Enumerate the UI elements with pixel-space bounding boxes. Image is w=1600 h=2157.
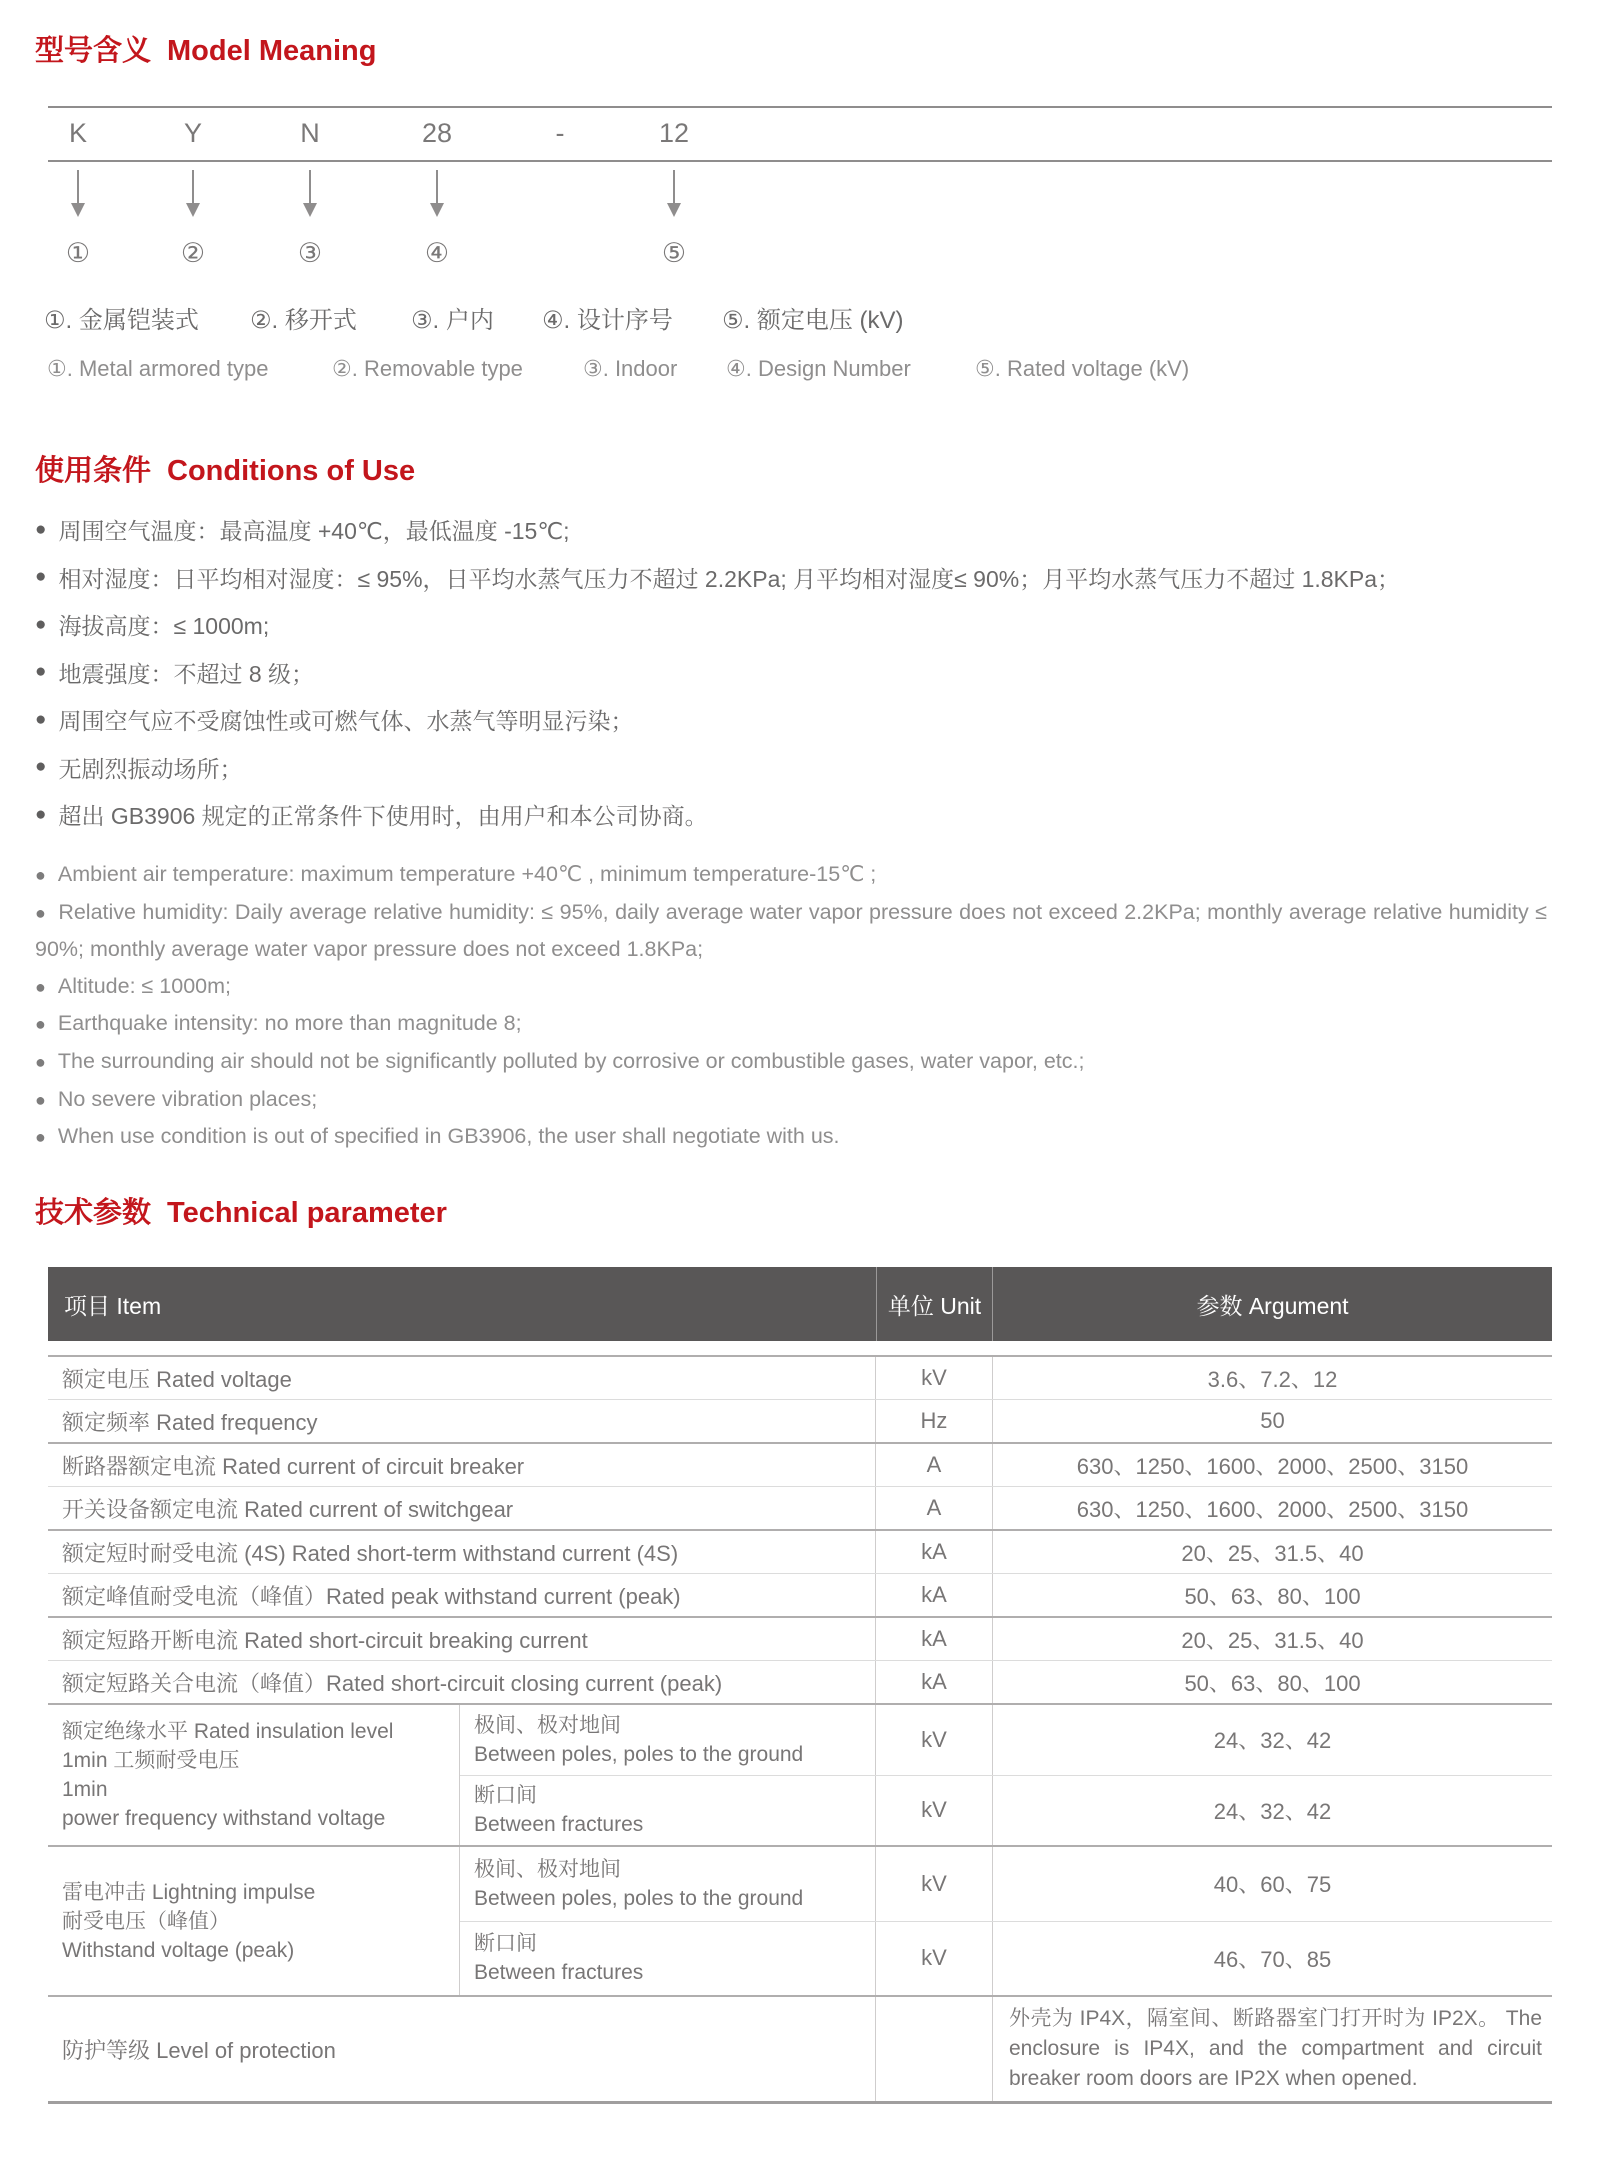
- table-header-unit: 单位 Unit: [876, 1267, 993, 1341]
- condition-en-text: Relative humidity: Daily average relativ…: [35, 900, 1547, 962]
- condition-zh-item: ●相对湿度：日平均相对湿度：≤ 95%，日平均水蒸气压力不超过 2.2KPa; …: [35, 554, 1400, 602]
- row-unit: kA: [876, 1618, 993, 1660]
- technical-parameter-title: 技术参数Technical parameter: [35, 1190, 447, 1231]
- sub-row-label-en: Between fractures: [474, 1958, 875, 1987]
- technical-title-en: Technical parameter: [167, 1197, 447, 1229]
- row-unit: kV: [876, 1922, 993, 1996]
- row-unit: [876, 1997, 993, 2101]
- insulation-line: 额定绝缘水平 Rated insulation level: [62, 1717, 459, 1746]
- table-sub-row: 断口间 Between fractures kV 24、32、42: [460, 1775, 1552, 1846]
- arrow-down-icon: [303, 170, 317, 217]
- lightning-line: 耐受电压（峰值）: [62, 1907, 459, 1936]
- row-argument: 外壳为 IP4X，隔室间、断路器室门打开时为 IP2X。 The enclosu…: [993, 1997, 1552, 2101]
- arrow-down-icon: [71, 170, 85, 217]
- sub-row-label-zh: 极间、极对地间: [474, 1855, 875, 1884]
- condition-zh-item: ●无剧烈振动场所；: [35, 744, 1400, 792]
- arrow-down-icon: [667, 170, 681, 217]
- arrow-down-icon: [430, 170, 444, 217]
- table-header-row: 项目 Item 单位 Unit 参数 Argument: [48, 1267, 1552, 1341]
- table-bottom-border: [48, 2101, 1552, 2104]
- table-sub-row: 断口间 Between fractures kV 46、70、85: [460, 1921, 1552, 1996]
- row-argument: 40、60、75: [993, 1847, 1552, 1921]
- condition-en-item: ●Altitude: ≤ 1000m;: [35, 968, 1547, 1006]
- row-unit: kV: [876, 1705, 993, 1775]
- insulation-item-cell: 额定绝缘水平 Rated insulation level 1min 工频耐受电…: [48, 1705, 460, 1845]
- row-item: 防护等级 Level of protection: [48, 1997, 876, 2101]
- bullet-icon: ●: [35, 1127, 46, 1147]
- model-code-part-4: 28: [422, 118, 452, 149]
- condition-en-item: ●No severe vibration places;: [35, 1081, 1547, 1119]
- table-row: 额定短路开断电流 Rated short-circuit breaking cu…: [48, 1616, 1552, 1660]
- table-row: 额定频率 Rated frequency Hz 50: [48, 1399, 1552, 1442]
- condition-en-text: When use condition is out of specified i…: [58, 1124, 840, 1148]
- table-row: 开关设备额定电流 Rated current of switchgear A 6…: [48, 1486, 1552, 1529]
- model-code-part-2: Y: [184, 118, 202, 149]
- row-unit: kV: [876, 1357, 993, 1399]
- condition-en-item: ●Ambient air temperature: maximum temper…: [35, 856, 1547, 894]
- condition-zh-text: 周围空气应不受腐蚀性或可燃气体、水蒸气等明显污染；: [58, 703, 633, 736]
- lightning-item-cell: 雷电冲击 Lightning impulse 耐受电压（峰值） Withstan…: [48, 1847, 460, 1995]
- divider-line: [48, 106, 1552, 108]
- sub-row-label-en: Between poles, poles to the ground: [474, 1884, 875, 1913]
- condition-zh-text: 海拔高度：≤ 1000m;: [58, 608, 269, 641]
- circled-number-4: ④: [425, 238, 449, 269]
- condition-en-text: Ambient air temperature: maximum tempera…: [58, 862, 876, 886]
- table-header-item: 项目 Item: [48, 1267, 876, 1341]
- sub-row-label-zh: 断口间: [474, 1781, 875, 1810]
- code-label-zh-2: ②. 移开式: [250, 300, 357, 335]
- table-row-insulation-level: 额定绝缘水平 Rated insulation level 1min 工频耐受电…: [48, 1703, 1552, 1845]
- condition-zh-item: ●地震强度：不超过 8 级；: [35, 649, 1400, 697]
- model-meaning-title: 型号含义Model Meaning: [35, 28, 376, 69]
- sub-row-label: 断口间 Between fractures: [460, 1776, 876, 1846]
- bullet-icon: ●: [35, 614, 46, 636]
- model-code-part-3: N: [300, 118, 320, 149]
- sub-row-label-zh: 极间、极对地间: [474, 1711, 875, 1740]
- technical-title-zh: 技术参数: [35, 1197, 151, 1229]
- sub-row-label-en: Between fractures: [474, 1810, 875, 1839]
- row-item: 断路器额定电流 Rated current of circuit breaker: [48, 1444, 876, 1486]
- table-row-level-of-protection: 防护等级 Level of protection 外壳为 IP4X，隔室间、断路…: [48, 1995, 1552, 2101]
- table-row: 额定电压 Rated voltage kV 3.6、7.2、12: [48, 1355, 1552, 1399]
- row-item: 额定频率 Rated frequency: [48, 1400, 876, 1442]
- code-label-en-1: ①. Metal armored type: [47, 356, 268, 382]
- lightning-sub-rows: 极间、极对地间 Between poles, poles to the grou…: [460, 1847, 1552, 1995]
- code-label-en-2: ②. Removable type: [332, 356, 523, 382]
- row-argument: 20、25、31.5、40: [993, 1531, 1552, 1573]
- row-argument: 50: [993, 1400, 1552, 1442]
- condition-zh-item: ●超出 GB3906 规定的正常条件下使用时，由用户和本公司协商。: [35, 791, 1400, 839]
- row-item: 开关设备额定电流 Rated current of switchgear: [48, 1487, 876, 1529]
- bullet-icon: ●: [35, 804, 46, 826]
- row-item: 额定短路关合电流（峰值）Rated short-circuit closing …: [48, 1661, 876, 1703]
- condition-zh-item: ●周围空气应不受腐蚀性或可燃气体、水蒸气等明显污染；: [35, 696, 1400, 744]
- bullet-icon: ●: [35, 865, 46, 885]
- condition-zh-text: 相对湿度：日平均相对湿度：≤ 95%，日平均水蒸气压力不超过 2.2KPa; 月…: [58, 561, 1400, 594]
- conditions-list-zh: ●周围空气温度：最高温度 +40℃，最低温度 -15℃; ●相对湿度：日平均相对…: [35, 506, 1400, 839]
- row-argument: 630、1250、1600、2000、2500、3150: [993, 1444, 1552, 1486]
- condition-en-text: The surrounding air should not be signif…: [58, 1049, 1085, 1073]
- table-row: 额定峰值耐受电流（峰值）Rated peak withstand current…: [48, 1573, 1552, 1616]
- table-body: 额定电压 Rated voltage kV 3.6、7.2、12 额定频率 Ra…: [48, 1355, 1552, 2104]
- condition-en-text: Altitude: ≤ 1000m;: [58, 974, 231, 998]
- table-row: 额定短时耐受电流 (4S) Rated short-term withstand…: [48, 1529, 1552, 1573]
- conditions-title-zh: 使用条件: [35, 455, 151, 487]
- row-argument: 46、70、85: [993, 1922, 1552, 1996]
- lightning-line: 雷电冲击 Lightning impulse: [62, 1878, 459, 1907]
- row-argument: 630、1250、1600、2000、2500、3150: [993, 1487, 1552, 1529]
- table-sub-row: 极间、极对地间 Between poles, poles to the grou…: [460, 1847, 1552, 1921]
- bullet-icon: ●: [35, 903, 46, 923]
- model-meaning-title-zh: 型号含义: [35, 35, 151, 67]
- condition-zh-item: ●周围空气温度：最高温度 +40℃，最低温度 -15℃;: [35, 506, 1400, 554]
- circled-number-5: ⑤: [662, 238, 686, 269]
- code-label-zh-4: ④. 设计序号: [542, 300, 673, 335]
- row-unit: kA: [876, 1661, 993, 1703]
- circled-number-3: ③: [298, 238, 322, 269]
- sub-row-label-en: Between poles, poles to the ground: [474, 1740, 875, 1769]
- condition-en-item: ●The surrounding air should not be signi…: [35, 1043, 1547, 1081]
- table-row-lightning-impulse: 雷电冲击 Lightning impulse 耐受电压（峰值） Withstan…: [48, 1845, 1552, 1995]
- model-code-part-5: 12: [659, 118, 689, 149]
- row-argument: 50、63、80、100: [993, 1661, 1552, 1703]
- circled-number-1: ①: [66, 238, 90, 269]
- sub-row-label: 断口间 Between fractures: [460, 1922, 876, 1996]
- code-label-en-3: ③. Indoor: [583, 356, 677, 382]
- condition-en-item: ●Earthquake intensity: no more than magn…: [35, 1005, 1547, 1043]
- insulation-sub-rows: 极间、极对地间 Between poles, poles to the grou…: [460, 1705, 1552, 1845]
- bullet-icon: ●: [35, 1090, 46, 1110]
- bullet-icon: ●: [35, 1014, 46, 1034]
- row-argument: 50、63、80、100: [993, 1574, 1552, 1616]
- conditions-list-en: ●Ambient air temperature: maximum temper…: [35, 856, 1547, 1156]
- table-header-argument: 参数 Argument: [993, 1267, 1552, 1341]
- row-unit: kA: [876, 1531, 993, 1573]
- row-argument: 20、25、31.5、40: [993, 1618, 1552, 1660]
- divider-line: [48, 160, 1552, 162]
- row-item: 额定峰值耐受电流（峰值）Rated peak withstand current…: [48, 1574, 876, 1616]
- table-row: 断路器额定电流 Rated current of circuit breaker…: [48, 1442, 1552, 1486]
- sub-row-label-zh: 断口间: [474, 1929, 875, 1958]
- bullet-icon: ●: [35, 756, 46, 778]
- circled-number-2: ②: [181, 238, 205, 269]
- sub-row-label: 极间、极对地间 Between poles, poles to the grou…: [460, 1705, 876, 1775]
- bullet-icon: ●: [35, 519, 46, 541]
- row-unit: Hz: [876, 1400, 993, 1442]
- row-item: 额定短路开断电流 Rated short-circuit breaking cu…: [48, 1618, 876, 1660]
- sub-row-label: 极间、极对地间 Between poles, poles to the grou…: [460, 1847, 876, 1921]
- row-item: 额定电压 Rated voltage: [48, 1357, 876, 1399]
- row-argument: 24、32、42: [993, 1705, 1552, 1775]
- insulation-line: power frequency withstand voltage: [62, 1804, 459, 1833]
- conditions-title-en: Conditions of Use: [167, 455, 415, 487]
- condition-en-item: ●When use condition is out of specified …: [35, 1118, 1547, 1156]
- condition-zh-text: 地震强度：不超过 8 级；: [58, 656, 314, 689]
- conditions-title: 使用条件Conditions of Use: [35, 448, 415, 489]
- code-label-en-4: ④. Design Number: [726, 356, 911, 382]
- condition-zh-text: 周围空气温度：最高温度 +40℃，最低温度 -15℃;: [58, 513, 569, 546]
- code-label-zh-1: ①. 金属铠装式: [44, 300, 199, 335]
- bullet-icon: ●: [35, 709, 46, 731]
- catalog-page: 型号含义Model Meaning K Y N 28 - 12 ① ② ③ ④ …: [0, 0, 1600, 2157]
- code-label-zh-5: ⑤. 额定电压 (kV): [722, 300, 904, 335]
- row-argument: 24、32、42: [993, 1776, 1552, 1846]
- bullet-icon: ●: [35, 1052, 46, 1072]
- insulation-line: 1min: [62, 1775, 459, 1804]
- bullet-icon: ●: [35, 566, 46, 588]
- row-unit: kV: [876, 1847, 993, 1921]
- condition-zh-item: ●海拔高度：≤ 1000m;: [35, 601, 1400, 649]
- code-label-zh-3: ③. 户内: [411, 300, 494, 335]
- model-meaning-title-en: Model Meaning: [167, 35, 376, 67]
- technical-parameter-table: 项目 Item 单位 Unit 参数 Argument 额定电压 Rated v…: [48, 1267, 1552, 2104]
- condition-en-item: ●Relative humidity: Daily average relati…: [35, 894, 1547, 968]
- row-argument: 3.6、7.2、12: [993, 1357, 1552, 1399]
- condition-zh-text: 超出 GB3906 规定的正常条件下使用时，由用户和本公司协商。: [58, 798, 707, 831]
- bullet-icon: ●: [35, 661, 46, 683]
- table-row: 额定短路关合电流（峰值）Rated short-circuit closing …: [48, 1660, 1552, 1703]
- row-unit: kA: [876, 1574, 993, 1616]
- bullet-icon: ●: [35, 977, 46, 997]
- arrow-down-icon: [186, 170, 200, 217]
- code-label-en-5: ⑤. Rated voltage (kV): [975, 356, 1189, 382]
- condition-zh-text: 无剧烈振动场所；: [58, 751, 242, 784]
- lightning-line: Withstand voltage (peak): [62, 1936, 459, 1965]
- insulation-line: 1min 工频耐受电压: [62, 1746, 459, 1775]
- model-code-part-1: K: [69, 118, 87, 149]
- table-sub-row: 极间、极对地间 Between poles, poles to the grou…: [460, 1705, 1552, 1775]
- condition-en-text: No severe vibration places;: [58, 1087, 317, 1111]
- row-unit: A: [876, 1444, 993, 1486]
- model-code-separator: -: [556, 118, 565, 149]
- row-unit: A: [876, 1487, 993, 1529]
- row-unit: kV: [876, 1776, 993, 1846]
- row-item: 额定短时耐受电流 (4S) Rated short-term withstand…: [48, 1531, 876, 1573]
- condition-en-text: Earthquake intensity: no more than magni…: [58, 1011, 522, 1035]
